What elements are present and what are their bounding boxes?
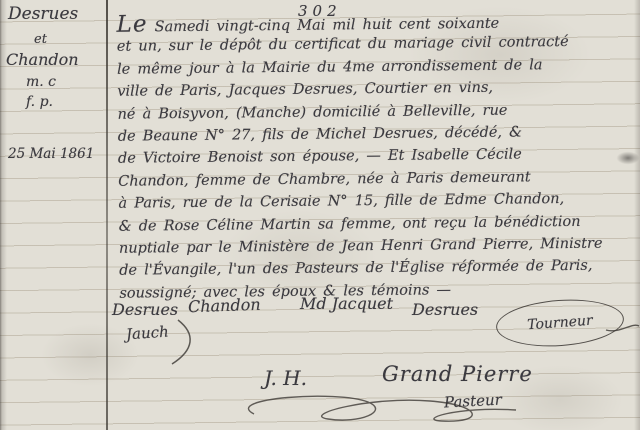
- signature-groom: Desrues: [112, 300, 178, 319]
- signature-witness-3: Jauch: [125, 323, 169, 344]
- circle-tail-flourish-icon: [606, 316, 640, 336]
- signature-pastor-initials: J. H.: [264, 366, 307, 390]
- margin-note-1: m. c: [26, 74, 56, 90]
- opening-initial: Le: [116, 11, 147, 37]
- margin-connector: et: [34, 32, 47, 47]
- signature-paraph-flourish-icon: [170, 318, 198, 366]
- margin-groom-name: Desrues: [8, 4, 78, 24]
- margin-divider-line: [106, 0, 108, 430]
- margin-date: 25 Mai 1861: [8, 146, 94, 162]
- pastor-paraph-loops-icon: [220, 388, 520, 428]
- signature-bride: Chandon: [188, 295, 261, 317]
- register-page: 302 Desrues et Chandon m. c f. p. 25 Mai…: [0, 0, 640, 430]
- margin-bride-name: Chandon: [6, 50, 79, 69]
- margin-note-2: f. p.: [26, 94, 53, 110]
- signature-witness-2: Desrues: [412, 300, 478, 319]
- circled-name: Tourneur: [527, 313, 593, 334]
- signature-pastor-surname: Grand Pierre: [382, 362, 533, 386]
- act-body: Le Samedi vingt-cinq Mai mil huit cent s…: [116, 8, 634, 304]
- signature-witness-1: Md Jacquet: [300, 294, 393, 313]
